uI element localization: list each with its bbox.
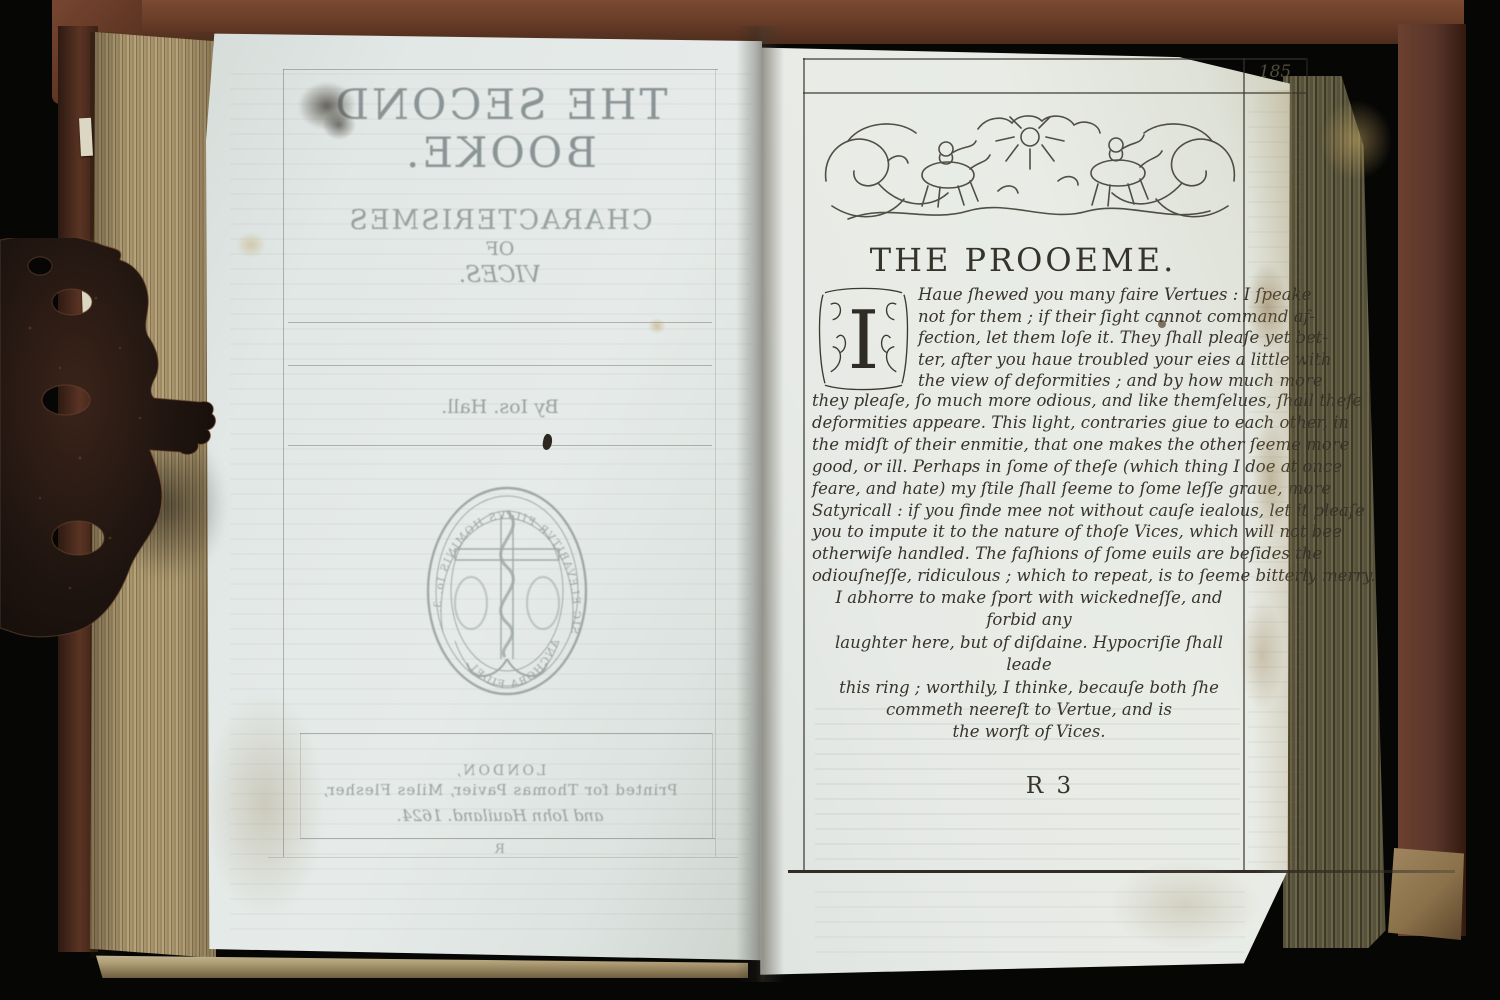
prooeme-line: good, or ill. Perhaps in ſome of theſe (… bbox=[812, 456, 1246, 478]
prooeme-line: laughter here, but of diſdaine. Hypocriſ… bbox=[812, 632, 1246, 677]
prooeme-paragraph-indent: Haue ſhewed you many faire Vertues : I ſ… bbox=[918, 284, 1245, 392]
prooeme-line: not for them ; if their ſight cannot com… bbox=[918, 306, 1245, 328]
anchor-serpent-device-icon: SIC ELEVABITVR FILIVS HOMINIS Io. 3. ANC… bbox=[423, 483, 591, 701]
page-number: 185 bbox=[1244, 62, 1306, 82]
headpiece-ornament-icon bbox=[818, 111, 1242, 235]
rule-line bbox=[803, 58, 1306, 60]
prooeme-line: feare, and hate) my ſtile ſhall ſeeme to… bbox=[812, 478, 1246, 500]
drop-cap-letter: I bbox=[848, 294, 880, 388]
page-marker-tab bbox=[79, 118, 93, 157]
seal-legend-top: SIC ELEVABITVR FILIVS HOMINIS Io. 3. bbox=[432, 509, 582, 634]
showthrough-title-line: BOOKE. bbox=[225, 128, 775, 177]
stain bbox=[1240, 600, 1284, 710]
stain bbox=[205, 690, 325, 920]
leather-board-right-edge bbox=[1398, 24, 1466, 936]
showthrough-subtitle-line: CHARACTERISMES bbox=[225, 205, 775, 236]
drop-cap-initial: I bbox=[814, 285, 913, 391]
water-stain bbox=[1110, 860, 1260, 950]
showthrough-subtitle-line: VICES. bbox=[225, 262, 775, 288]
gutter-shadow bbox=[736, 26, 784, 982]
prooeme-line: fection, let them loſe it. They ſhall pl… bbox=[918, 327, 1245, 349]
prooeme-line: otherwiſe handled. The faſhions of ſome … bbox=[812, 543, 1246, 565]
stain bbox=[1246, 262, 1288, 352]
rule-line bbox=[803, 58, 805, 872]
prooeme-line: the midſt of their enmitie, that one mak… bbox=[812, 434, 1246, 456]
prooeme-line: the view of deformities ; and by how muc… bbox=[918, 370, 1245, 392]
stain bbox=[648, 318, 666, 334]
bottom-rule bbox=[788, 870, 1455, 873]
showthrough-byline: By Ios. Hall. bbox=[225, 396, 775, 418]
svg-text:SIC ELEVABITVR FILIVS HOMINIS: SIC ELEVABITVR FILIVS HOMINIS Io. 3. bbox=[432, 509, 582, 634]
stain bbox=[236, 232, 266, 258]
showthrough-texture bbox=[815, 695, 1240, 865]
section-title: THE PROOEME. bbox=[803, 241, 1243, 279]
prooeme-line: you to impute it to the nature of thoſe … bbox=[812, 521, 1246, 543]
prooeme-line: they pleaſe, ſo much more odious, and li… bbox=[812, 390, 1246, 412]
speck bbox=[1158, 320, 1166, 328]
metal-clasp bbox=[0, 238, 218, 642]
leather-binding-corner-br bbox=[1388, 848, 1464, 940]
prooeme-paragraph-full: they pleaſe, ſo much more odious, and li… bbox=[812, 390, 1246, 587]
stain bbox=[1320, 100, 1392, 180]
rule-line bbox=[803, 92, 1306, 94]
prooeme-line: Satyricall : if you finde mee not withou… bbox=[812, 500, 1246, 522]
prooeme-line: Haue ſhewed you many faire Vertues : I ſ… bbox=[918, 284, 1245, 306]
prooeme-line: deformities appeare. This light, contrar… bbox=[812, 412, 1246, 434]
photo-background: THE SECOND BOOKE. CHARACTERISMES OF VICE… bbox=[0, 0, 1500, 1000]
stain bbox=[1252, 420, 1288, 540]
prooeme-line: ter, after you haue troubled your eies a… bbox=[918, 349, 1245, 371]
showthrough-subtitle-line: OF bbox=[225, 238, 775, 260]
prooeme-line: I abhorre to make ſport with wickedneſſe… bbox=[812, 587, 1246, 632]
ink-smudge bbox=[322, 110, 356, 140]
prooeme-line: odiouſneſſe, ridiculous ; which to repea… bbox=[812, 565, 1246, 587]
